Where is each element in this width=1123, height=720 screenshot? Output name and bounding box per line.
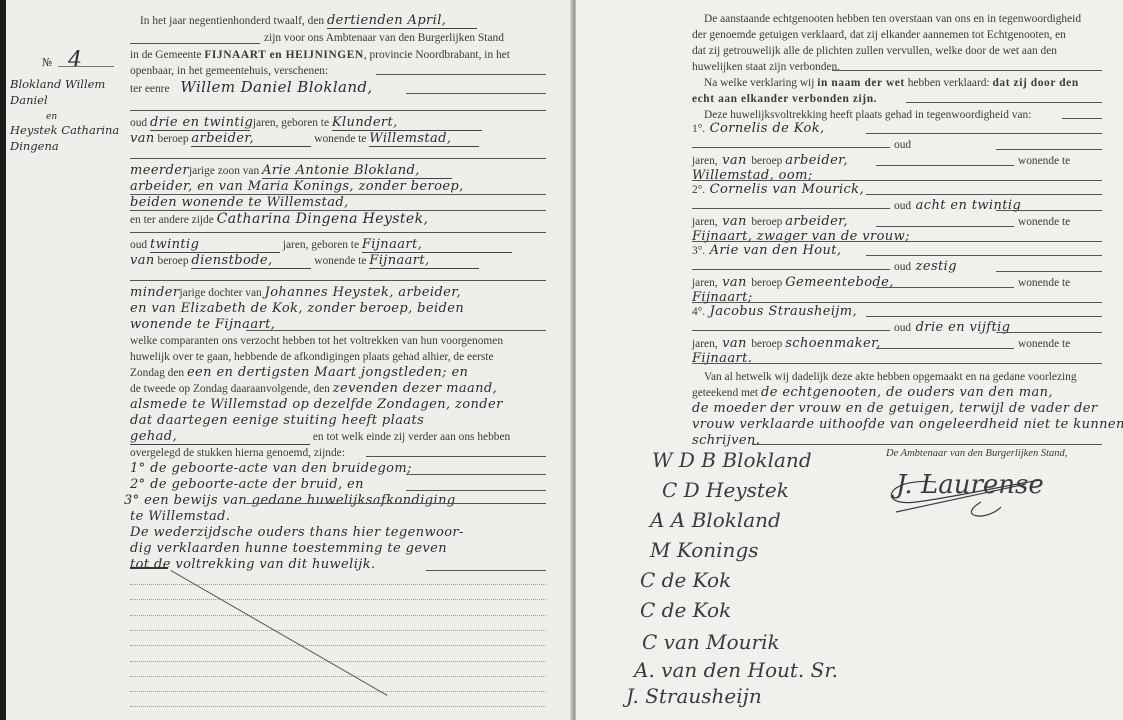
profession-label: beroep xyxy=(751,216,785,228)
intro-line-1: In het jaar negentienhonderd twaalf, den… xyxy=(140,14,477,29)
sunday-label: Zondag den xyxy=(130,367,184,379)
witness-profession-line: jaren, van beroep schoenmaker, xyxy=(692,337,881,351)
blank-rule xyxy=(246,330,546,331)
closing-line-2: geteekend met de echtgenooten, de ouders… xyxy=(692,386,1053,400)
residence-label: wonende te xyxy=(1018,337,1070,351)
intro-line-2: zijn voor ons Ambtenaar van den Burgerli… xyxy=(264,31,504,45)
prof-pre: van xyxy=(130,253,155,268)
blank-rule xyxy=(692,241,1102,242)
witness-number: 3°. xyxy=(692,245,705,257)
witnesses-intro: Deze huwelijksvoltrekking heeft plaats g… xyxy=(704,108,1031,122)
residence-label: wonende te xyxy=(1018,276,1070,290)
groom-parents-line-3: beiden wonende te Willemstad, xyxy=(130,196,349,210)
register-spread: № 4 Blokland Willem Daniel en Heystek Ca… xyxy=(0,0,1123,720)
party-signature: A. van den Hout. Sr. xyxy=(634,658,838,682)
proclamation-line-8: overgelegd de stukken hierna genoemd, zi… xyxy=(130,446,345,460)
document-item: 2° de geboorte-acte der bruid, en xyxy=(130,478,364,492)
witness-number: 1°. xyxy=(692,123,705,135)
profession-label: beroep xyxy=(158,255,189,267)
blank-rule xyxy=(876,348,1014,349)
groom-parents-line-1: meerderjarige zoon van Arie Antonie Blok… xyxy=(130,164,452,179)
in-name-of-law: in naam der wet xyxy=(817,77,905,89)
party-signature: C D Heystek xyxy=(662,478,789,502)
party-signature: J. Strausheijn xyxy=(626,684,762,708)
bride-profession-line: van beroep dienstbode, wonende te Fijnaa… xyxy=(130,254,479,269)
bride-age: twintig xyxy=(150,238,280,253)
groom-residence: Willemstad, xyxy=(369,132,479,147)
declaration-line: huwelijken staat zijn verbonden. xyxy=(692,60,840,74)
blank-rule xyxy=(996,332,1102,333)
intro-line-3: in de Gemeente FIJNAART en HEIJNINGEN, p… xyxy=(130,48,510,62)
strike-through-line xyxy=(171,570,388,696)
witness-profession: arbeider, xyxy=(785,153,848,168)
margin-bride-name: Heystek Catharina Dingena xyxy=(10,122,135,154)
prof-pre: van xyxy=(718,214,752,229)
age-label: oud xyxy=(894,261,911,273)
declaration-line: De aanstaande echtgenooten hebben ten ov… xyxy=(704,12,1081,26)
record-number: 4 xyxy=(68,48,82,73)
witness-age-line: oud drie en vijftig xyxy=(894,321,1010,335)
party-signature: C de Kok xyxy=(640,598,731,622)
proclamation-line-2: huwelijk over te gaan, hebbende de afkon… xyxy=(130,350,494,364)
blank-rule xyxy=(426,570,546,571)
blank-rule xyxy=(1062,118,1102,119)
age-label: oud xyxy=(130,117,147,129)
intro-text: In het jaar negentienhonderd twaalf, den xyxy=(140,15,324,27)
second-sunday-label: de tweede op Zondag daaraanvolgende, den xyxy=(130,383,330,395)
witness-age: zestig xyxy=(911,259,957,274)
son-label: jarige zoon van xyxy=(189,165,259,177)
empty-ruled-line xyxy=(130,599,546,600)
blank-rule xyxy=(866,255,1102,256)
groom-profession-line: van beroep arbeider, wonende te Willemst… xyxy=(130,132,479,147)
profession-label: beroep xyxy=(751,338,785,350)
signature-flourish xyxy=(876,462,1056,532)
groom-father: Arie Antonie Blokland, xyxy=(262,164,452,179)
blank-rule xyxy=(692,208,890,209)
empty-ruled-line xyxy=(130,584,546,585)
first-proclamation-date: een en dertigsten Maart jongstleden; en xyxy=(187,365,468,380)
number-rule xyxy=(58,66,114,67)
age-label: oud xyxy=(894,139,911,151)
closing-line-3: de moeder der vrouw en de getuigen, terw… xyxy=(692,402,1097,416)
bride-parents-line-1: minderjarige dochter van Johannes Heyste… xyxy=(130,286,461,300)
groom-age-line: oud drie en twintig jaren, geboren te Kl… xyxy=(130,116,482,131)
age-label: oud xyxy=(894,200,911,212)
groom-label: ter eenre xyxy=(130,83,170,95)
residence-label: wonende te xyxy=(1018,215,1070,229)
official-title: De Ambtenaar van den Burgerlijken Stand, xyxy=(886,447,1067,461)
margin-groom-name: Blokland Willem Daniel xyxy=(10,76,130,108)
born-label: jaren, geboren te xyxy=(283,239,359,251)
document-item: 1° de geboorte-acte van den bruidegom; xyxy=(130,462,412,476)
blank-rule xyxy=(876,165,1014,166)
left-page: № 4 Blokland Willem Daniel en Heystek Ca… xyxy=(6,0,572,720)
blank-rule xyxy=(406,490,546,491)
documents-intro: en tot welk einde zij verder aan ons heb… xyxy=(313,431,510,443)
age-label: oud xyxy=(130,239,147,251)
blank-rule xyxy=(130,110,546,111)
profession-label: beroep xyxy=(158,133,189,145)
groom-line: ter eenre Willem Daniel Blokland, xyxy=(130,80,373,96)
proclamation-line-6: dat daartegen eenige stuiting heeft plaa… xyxy=(130,414,424,428)
witness-name-line: 1°. Cornelis de Kok, xyxy=(692,122,825,136)
record-number-label: № xyxy=(42,56,52,69)
blank-rule xyxy=(866,316,1102,317)
intro-line-4: openbaar, in het gemeentehuis, verschene… xyxy=(130,64,328,78)
empty-ruled-line xyxy=(130,645,546,646)
margin-connector: en xyxy=(46,112,57,122)
blank-rule xyxy=(876,287,1014,288)
blank-rule xyxy=(692,269,890,270)
blank-rule xyxy=(996,271,1102,272)
blank-rule xyxy=(406,93,546,94)
witness-profession-line: jaren, van beroep Gemeentebode, xyxy=(692,276,894,290)
blank-rule xyxy=(692,147,890,148)
party-signature: A A Blokland xyxy=(650,508,781,532)
age-label: oud xyxy=(894,322,911,334)
witness-profession-line: jaren, van beroep arbeider, xyxy=(692,154,848,168)
pronouncement-line-2: echt aan elkander verbonden zijn. xyxy=(692,92,877,106)
proclamation-line-5: alsmede te Willemstad op dezelfde Zondag… xyxy=(130,398,503,412)
blank-rule xyxy=(876,226,1014,227)
witness-name-line: 2°. Cornelis van Mourick, xyxy=(692,183,864,197)
blank-rule xyxy=(906,102,1102,103)
declaration-line: dat zij getrouwelijk alle de plichten zu… xyxy=(692,44,1057,58)
witness-age-line: oud xyxy=(894,138,911,152)
prof-pre: van xyxy=(718,336,752,351)
groom-birthplace: Klundert, xyxy=(332,116,482,131)
witness-name: Jacobus Strausheijm, xyxy=(705,304,857,319)
bride-parents-line-2: en van Elizabeth de Kok, zonder beroep, … xyxy=(130,302,464,316)
blank-rule xyxy=(376,74,546,75)
bride-majority: minder xyxy=(130,285,180,300)
blank-rule xyxy=(692,302,1102,303)
witness-number: 2°. xyxy=(692,184,705,196)
right-page: De aanstaande echtgenooten hebben ten ov… xyxy=(576,0,1123,720)
municipality: FIJNAART en HEIJNINGEN xyxy=(204,49,363,61)
consent-line: dig verklaarden hunne toestemming te gev… xyxy=(130,542,447,556)
residence-label: wonende te xyxy=(314,133,366,145)
bride-residence: Fijnaart, xyxy=(369,254,479,269)
consent-line: De wederzijdsche ouders thans hier tegen… xyxy=(130,526,464,540)
municipality-pre: in de Gemeente xyxy=(130,49,201,61)
closing-rule xyxy=(130,567,168,569)
groom-name: Willem Daniel Blokland, xyxy=(180,78,372,96)
bride-birthplace: Fijnaart, xyxy=(362,238,512,253)
proclamation-line-1: welke comparanten ons verzocht hebben to… xyxy=(130,334,503,348)
witness-age-line: oud zestig xyxy=(894,260,957,274)
born-label: jaren, geboren te xyxy=(253,117,329,129)
profession-label: beroep xyxy=(751,155,785,167)
blank-rule xyxy=(246,503,546,504)
consent-line: tot de voltrekking van dit huwelijk. xyxy=(130,558,376,572)
document-item: 3° een bewijs van gedane huwelijksafkond… xyxy=(124,494,456,508)
closing-line-4: vrouw verklaarde uithoofde van ongeleerd… xyxy=(692,418,1123,432)
witness-name: Cornelis de Kok, xyxy=(705,121,824,136)
blank-rule xyxy=(866,133,1102,134)
groom-parents-line-2: arbeider, en van Maria Konings, zonder b… xyxy=(130,180,464,194)
bride-name: Catharina Dingena Heystek, xyxy=(217,211,429,227)
bride-father: Johannes Heystek, arbeider, xyxy=(265,285,461,300)
pronouncement-mid: hebben verklaard: xyxy=(908,77,990,89)
proclamation-line-4: de tweede op Zondag daaraanvolgende, den… xyxy=(130,382,497,396)
witness-name-line: 3°. Arie van den Hout, xyxy=(692,244,841,258)
blank-rule xyxy=(130,280,546,281)
municipality-post: , provincie Noordbrabant, in het xyxy=(364,49,510,61)
blank-rule xyxy=(406,474,546,475)
declaration-line: der genoemde getuigen verklaard, dat zij… xyxy=(692,28,1066,42)
empty-ruled-line xyxy=(130,706,546,707)
years-label: jaren, xyxy=(692,216,718,228)
party-signature: M Konings xyxy=(650,538,759,562)
bride-line: en ter andere zijde Catharina Dingena He… xyxy=(130,212,428,227)
daughter-label: jarige dochter van xyxy=(180,287,262,299)
years-label: jaren, xyxy=(692,277,718,289)
signed-with-label: geteekend met xyxy=(692,387,758,399)
had-place: gehad, xyxy=(130,430,310,445)
bride-profession: dienstbode, xyxy=(191,254,311,269)
witness-profession: schoenmaker, xyxy=(785,336,881,351)
blank-rule xyxy=(692,363,1102,364)
signed-with: de echtgenooten, de ouders van den man, xyxy=(761,385,1053,400)
party-signature: C de Kok xyxy=(640,568,731,592)
empty-ruled-line xyxy=(130,630,546,631)
second-proclamation-date: zevenden dezer maand, xyxy=(333,381,497,396)
prof-pre: van xyxy=(718,275,752,290)
witness-profession-line: jaren, van beroep arbeider, xyxy=(692,215,848,229)
years-label: jaren, xyxy=(692,155,718,167)
blank-rule xyxy=(130,158,546,159)
document-item: te Willemstad. xyxy=(130,510,230,524)
proclamation-line-3: Zondag den een en dertigsten Maart jongs… xyxy=(130,366,468,380)
witness-name: Cornelis van Mourick, xyxy=(705,182,864,197)
blank-rule xyxy=(692,330,890,331)
prof-pre: van xyxy=(130,131,155,146)
witness-name: Arie van den Hout, xyxy=(705,243,841,258)
profession-label: beroep xyxy=(751,277,785,289)
bride-label: en ter andere zijde xyxy=(130,214,214,226)
proclamation-line-7: gehad, en tot welk einde zij verder aan … xyxy=(130,430,510,445)
marriage-date: dertienden April, xyxy=(327,14,477,29)
pronouncement-bold: dat zij door den xyxy=(992,77,1078,89)
blank-rule xyxy=(866,194,1102,195)
groom-age: drie en twintig xyxy=(150,116,250,131)
groom-majority: meerder xyxy=(130,163,189,178)
party-signature: W D B Blokland xyxy=(652,448,812,472)
residence-label: wonende te xyxy=(1018,154,1070,168)
party-signature: C van Mourik xyxy=(642,630,780,654)
closing-line-1: Van al hetwelk wij dadelijk deze akte he… xyxy=(704,370,1077,384)
blank-rule xyxy=(996,210,1102,211)
groom-profession: arbeider, xyxy=(191,132,311,147)
blank-rule xyxy=(130,43,260,44)
pronouncement-pre: Na welke verklaring wij xyxy=(704,77,814,89)
pronouncement-line-1: Na welke verklaring wij in naam der wet … xyxy=(704,76,1079,90)
empty-ruled-line xyxy=(130,691,546,692)
prof-pre: van xyxy=(718,153,752,168)
bride-age-line: oud twintig jaren, geboren te Fijnaart, xyxy=(130,238,512,253)
blank-rule xyxy=(130,232,546,233)
years-label: jaren, xyxy=(692,338,718,350)
witness-number: 4°. xyxy=(692,306,705,318)
empty-ruled-line xyxy=(130,661,546,662)
blank-rule xyxy=(692,180,1102,181)
blank-rule xyxy=(752,444,1102,445)
closing-line-5: schrijven. xyxy=(692,434,760,448)
witness-name-line: 4°. Jacobus Strausheijm, xyxy=(692,305,857,319)
blank-rule xyxy=(996,149,1102,150)
empty-ruled-line xyxy=(130,676,546,677)
empty-ruled-line xyxy=(130,615,546,616)
blank-rule xyxy=(832,70,1102,71)
blank-rule xyxy=(366,456,546,457)
witness-profession: arbeider, xyxy=(785,214,848,229)
residence-label: wonende te xyxy=(314,255,366,267)
